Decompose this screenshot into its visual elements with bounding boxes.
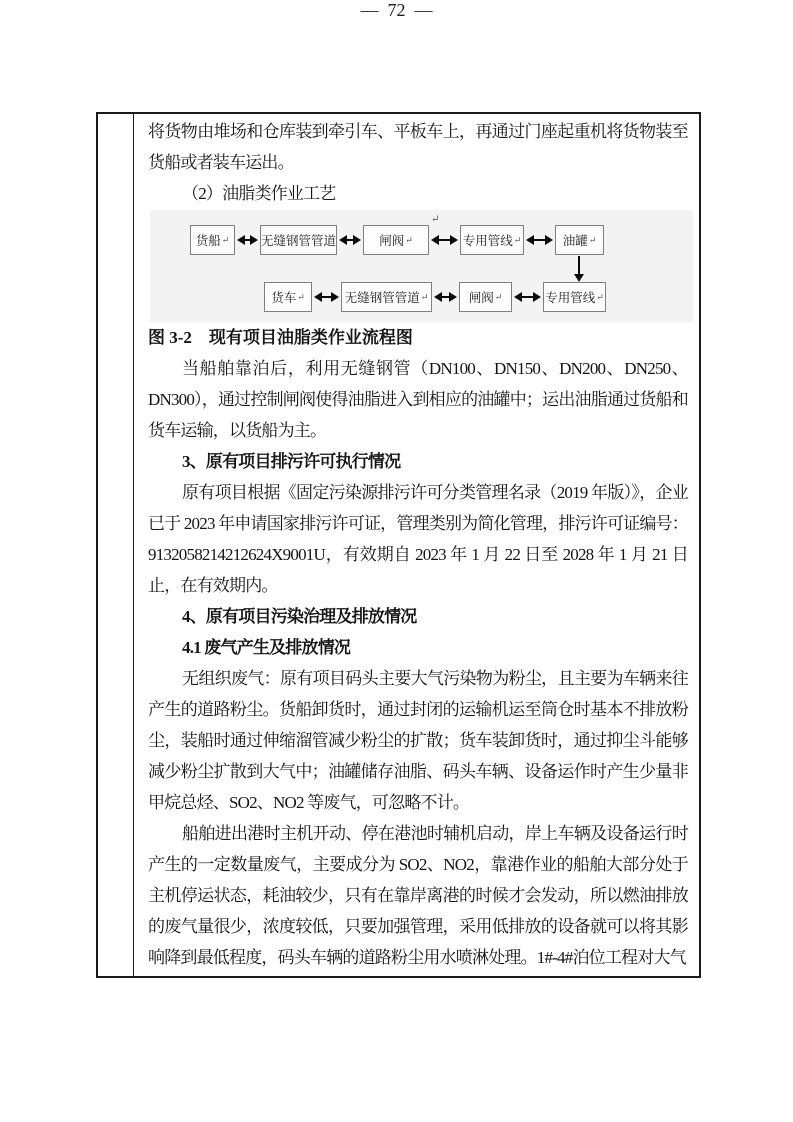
page-number: 72 <box>388 0 406 20</box>
double-arrow-icon <box>514 292 541 302</box>
footer-dash-right: — <box>415 0 433 20</box>
paragraph-ship-emissions: 船舶进出港时主机开动、停在港池时辅机启动，岸上车辆及设备运行时产生的一定数量废气… <box>148 818 688 973</box>
heading-permit-status: 3、原有项目排污许可执行情况 <box>148 446 688 477</box>
paragraph-loading-continuation: 将货物由堆场和仓库装到牵引车、平板车上，再通过门座起重机将货物装至货船或者装车运… <box>148 116 688 178</box>
paragraph-mark-icon: ↵ <box>514 236 522 245</box>
paragraph-mark-icon: ↵ <box>222 236 230 245</box>
flow-box-oil-tank: 油罐↵ <box>555 225 604 255</box>
down-arrow-icon <box>574 256 584 282</box>
flow-box-truck: 货车↵ <box>264 282 312 312</box>
flow-box-label: 无缝钢管管道 <box>345 288 420 306</box>
flow-box-label: 油罐 <box>563 231 588 249</box>
double-arrow-icon <box>434 292 457 302</box>
flow-box-label: 专用管线 <box>545 288 595 306</box>
footer-dash-left: — <box>361 0 379 20</box>
page-footer: —72— <box>0 0 793 21</box>
heading-waste-gas: 4.1 废气产生及排放情况 <box>148 632 688 663</box>
flow-box-dedicated-pipeline-1: 专用管线↵ <box>460 225 524 255</box>
oil-operation-flowchart: 货船↵ 无缝钢管管道 闸阀↵ ↵ 专用管线↵ 油罐↵ <box>150 210 693 322</box>
paragraph-mark-icon: ↵ <box>431 214 439 225</box>
heading-pollution-treatment: 4、原有项目污染治理及排放情况 <box>148 601 688 632</box>
table-content-cell: 将货物由堆场和仓库装到牵引车、平板车上，再通过门座起重机将货物装至货船或者装车运… <box>134 114 699 976</box>
paragraph-mark-icon: ↵ <box>297 293 305 302</box>
flow-box-label: 无缝钢管管道 <box>261 231 336 249</box>
table-left-column <box>98 114 134 976</box>
flow-box-seamless-pipe-1: 无缝钢管管道 <box>260 225 337 255</box>
flow-box-gate-valve-1: 闸阀↵ <box>363 225 429 255</box>
flow-box-label: 闸阀 <box>469 288 494 306</box>
figure-caption: 图 3-2 现有项目油脂类作业流程图 <box>148 322 688 353</box>
flow-box-gate-valve-2: 闸阀↵ <box>459 282 512 312</box>
flow-box-label: 货船 <box>196 231 221 249</box>
paragraph-mark-icon: ↵ <box>495 293 503 302</box>
paragraph-mark-icon: ↵ <box>405 236 413 245</box>
paragraph-mark-icon: ↵ <box>421 293 429 302</box>
flow-box-dedicated-pipeline-2: 专用管线↵ <box>543 282 606 312</box>
flow-box-cargo-ship: 货船↵ <box>190 225 235 255</box>
content-table: 将货物由堆场和仓库装到牵引车、平板车上，再通过门座起重机将货物装至货船或者装车运… <box>96 112 701 978</box>
flow-box-label: 货车 <box>271 288 296 306</box>
double-arrow-icon <box>339 235 361 245</box>
flow-box-seamless-pipe-2: 无缝钢管管道↵ <box>341 282 432 312</box>
paragraph-oil-process-label: （2）油脂类作业工艺 <box>148 178 688 209</box>
double-arrow-icon <box>237 235 258 245</box>
double-arrow-icon <box>526 235 553 245</box>
document-page: 将货物由堆场和仓库装到牵引车、平板车上，再通过门座起重机将货物装至货船或者装车运… <box>0 0 793 1122</box>
double-arrow-icon <box>314 292 339 302</box>
paragraph-mark-icon: ↵ <box>589 236 597 245</box>
double-arrow-icon <box>431 235 458 245</box>
paragraph-mooring: 当船舶靠泊后，利用无缝钢管（DN100、DN150、DN200、DN250、DN… <box>148 353 688 446</box>
flow-box-label: 闸阀 <box>379 231 404 249</box>
paragraph-mark-icon: ↵ <box>596 293 604 302</box>
paragraph-fugitive-gas: 无组织废气：原有项目码头主要大气污染物为粉尘，且主要为车辆来往产生的道路粉尘。货… <box>148 663 688 818</box>
paragraph-permit-details: 原有项目根据《固定污染源排污许可分类管理名录（2019 年版）》，企业已于 20… <box>148 477 688 601</box>
flow-box-label: 专用管线 <box>463 231 513 249</box>
